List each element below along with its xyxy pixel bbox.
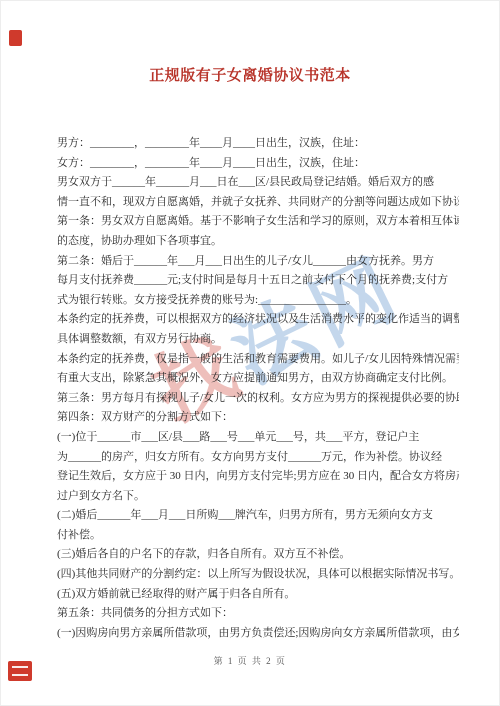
body-line: 本条约定的抚养费，可以根据双方的经济状况以及生活消费水平的变化作适当的调整， (57, 310, 459, 330)
body-line: 第四条：双方财产的分割方式如下： (57, 408, 459, 428)
body-line: 第五条：共同债务的分担方式如下： (57, 604, 459, 624)
corner-stamp-icon (8, 661, 32, 681)
footer-page-number: 第 1 页 共 2 页 (1, 654, 499, 667)
body-line: 第一条：男女双方自愿离婚。基于不影响子女生活和学习的原则，双方本着相互体谅 (57, 212, 459, 232)
body-line: 男方：________，________年____月____日出生，汉族，住址： (57, 134, 459, 154)
body-line: 每月支付抚养费______元;支付时间是每月十五日之前支付下个月的抚养费;支付方 (57, 271, 459, 291)
body-line: 第二条：婚后于______年___月___日出生的儿子/女儿______由女方抚… (57, 252, 459, 272)
body-line: (二)婚后______年___月___日所购___牌汽车，归男方所有，男方无须向… (57, 506, 459, 526)
document-page: 正规版有子女离婚协议书范本 找法网 男方：________，________年_… (0, 0, 500, 706)
body-line: 本条约定的抚养费，仅是指一般的生活和教育需要费用。如儿子/女儿因特殊情况需要 (57, 350, 459, 370)
body-line: 女方：________，________年____月____日出生，汉族，住址： (57, 154, 459, 174)
body-line: 第三条：男方每月有探视儿子/女儿一次的权利。女方应为男方的探视提供必要的协助。 (57, 389, 459, 409)
corner-bookmark-icon (9, 30, 22, 46)
body-line: 的态度，协助办理如下各项事宜。 (57, 232, 459, 252)
body-line: 男女双方于______年______月___日在___区/县民政局登记结婚。婚后… (57, 173, 459, 193)
body-line: 具体调整数额，有双方另行协商。 (57, 330, 459, 350)
body-line: (三)婚后各自的户名下的存款，归各自所有。双方互不补偿。 (57, 545, 459, 565)
body-line: (五)双方婚前就已经取得的财产属于归各自所有。 (57, 585, 459, 605)
body-line: 付补偿。 (57, 526, 459, 546)
body-line: 情一直不和，现双方自愿离婚，并就子女抚养、共同财产的分割等问题达成如下协议： (57, 193, 459, 213)
body-line: 登记生效后，女方应于 30 日内，向男方支付完毕;男方应在 30 日内，配合女方… (57, 467, 459, 487)
body-line: 过户到女方名下。 (57, 487, 459, 507)
body-line: 为______的房产，归女方所有。女方向男方支付______万元，作为补偿。协议… (57, 448, 459, 468)
body-line: (一)位于______市___区/县___路___号___单元___号，共___… (57, 428, 459, 448)
document-title: 正规版有子女离婚协议书范本 (1, 64, 499, 85)
body-line: 有重大支出，除紧急其概况外，女方应提前通知男方，由双方协商确定支付比例。 (57, 369, 459, 389)
body-line: (一)因购房向男方亲属所借款项，由男方负责偿还;因购房向女方亲属所借款项，由女 (57, 624, 459, 644)
body-line: (四)其他共同财产的分割约定：以上所写为假设状况，具体可以根据实际情况书写。 (57, 565, 459, 585)
document-body: 男方：________，________年____月____日出生，汉族，住址：… (57, 134, 459, 643)
body-line: 式为银行转账。女方接受抚养费的账号为:________________。 (57, 291, 459, 311)
